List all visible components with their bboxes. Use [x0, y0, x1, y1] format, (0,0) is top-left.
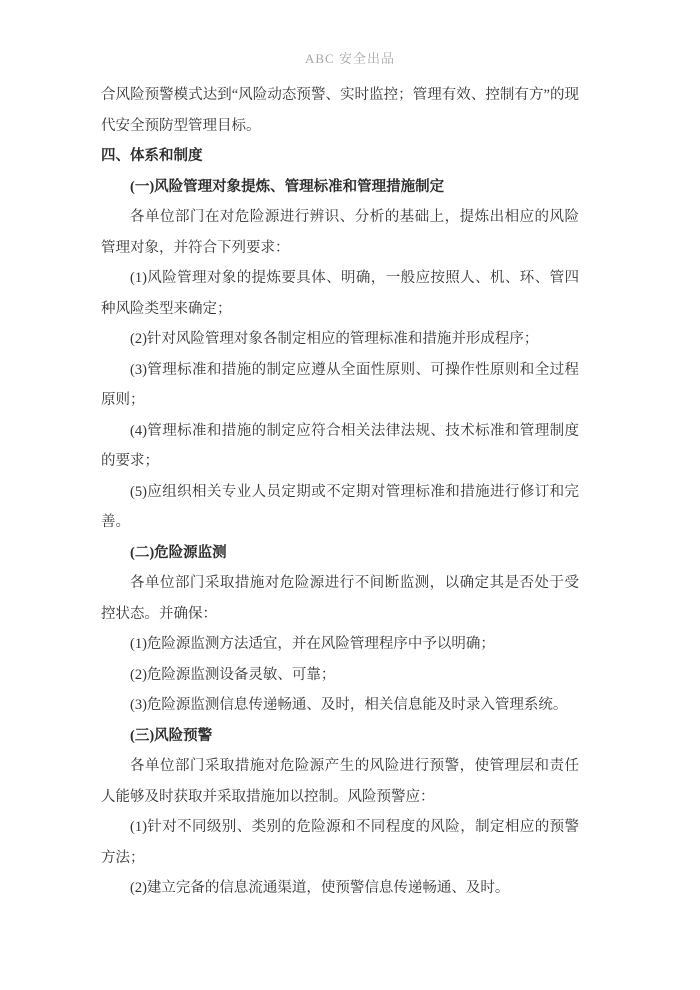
list-item-2-2: (2)危险源监测设备灵敏、可靠； — [101, 660, 579, 691]
paragraph-goal-continuation: 合风险预警模式达到“风险动态预警、实时监控；管理有效、控制有方”的现代安全预防型… — [101, 80, 579, 141]
subsection-heading-1: (一)风险管理对象提炼、管理标准和管理措施制定 — [101, 172, 579, 203]
document-content: 合风险预警模式达到“风险动态预警、实时监控；管理有效、控制有方”的现代安全预防型… — [101, 80, 579, 904]
list-item-1-4: (4)管理标准和措施的制定应符合相关法律法规、技术标准和管理制度的要求； — [101, 416, 579, 477]
paragraph-monitoring-intro: 各单位部门采取措施对危险源进行不间断监测，以确定其是否处于受控状态。并确保： — [101, 568, 579, 629]
list-item-1-2: (2)针对风险管理对象各制定相应的管理标准和措施并形成程序； — [101, 324, 579, 355]
section-heading-4: 四、体系和制度 — [101, 141, 579, 172]
document-page: ABC 安全出品 合风险预警模式达到“风险动态预警、实时监控；管理有效、控制有方… — [0, 0, 700, 990]
paragraph-warning-intro: 各单位部门采取措施对危险源产生的风险进行预警，使管理层和责任人能够及时获取并采取… — [101, 751, 579, 812]
list-item-1-3: (3)管理标准和措施的制定应遵从全面性原则、可操作性原则和全过程原则； — [101, 355, 579, 416]
page-header-watermark: ABC 安全出品 — [0, 48, 700, 67]
list-item-3-1: (1)针对不同级别、类别的危险源和不同程度的风险，制定相应的预警方法； — [101, 812, 579, 873]
list-item-3-2: (2)建立完备的信息流通渠道，使预警信息传递畅通、及时。 — [101, 873, 579, 904]
list-item-2-3: (3)危险源监测信息传递畅通、及时，相关信息能及时录入管理系统。 — [101, 690, 579, 721]
subsection-heading-3: (三)风险预警 — [101, 721, 579, 752]
paragraph-extraction-intro: 各单位部门在对危险源进行辨识、分析的基础上，提炼出相应的风险管理对象，并符合下列… — [101, 202, 579, 263]
list-item-1-5: (5)应组织相关专业人员定期或不定期对管理标准和措施进行修订和完善。 — [101, 477, 579, 538]
list-item-2-1: (1)危险源监测方法适宜，并在风险管理程序中予以明确； — [101, 629, 579, 660]
subsection-heading-2: (二)危险源监测 — [101, 538, 579, 569]
list-item-1-1: (1)风险管理对象的提炼要具体、明确，一般应按照人、机、环、管四种风险类型来确定… — [101, 263, 579, 324]
